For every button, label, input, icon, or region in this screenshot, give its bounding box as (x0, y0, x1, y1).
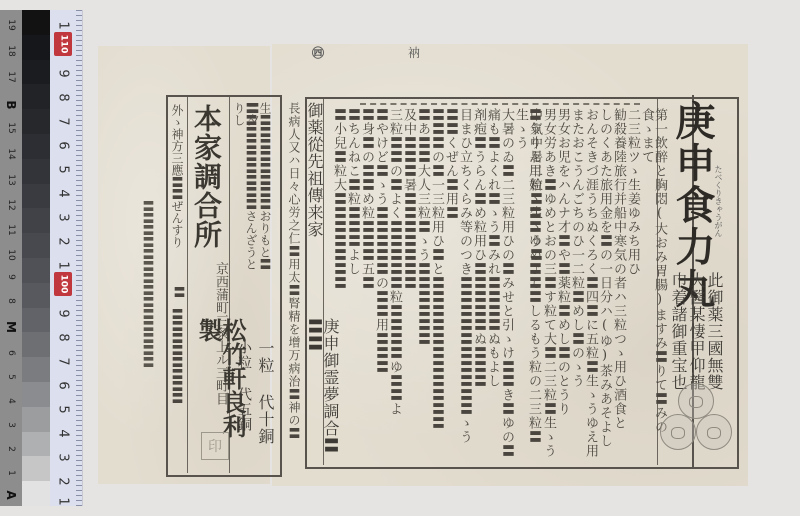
scale-label: 1 (6, 464, 16, 482)
scale-letter-m: M (4, 319, 18, 335)
scale-label: 11 (6, 221, 16, 239)
main-text-col: 〓ちんねこ〓粒〓〓〓よし (346, 108, 359, 460)
gray-patch (22, 35, 50, 60)
gray-patch (22, 432, 50, 457)
crest-icon (660, 414, 696, 450)
seal-stamp: 印 (201, 432, 229, 460)
gray-patch (22, 208, 50, 233)
ruler-number: 7 (56, 353, 71, 371)
ruler-number: 8 (56, 89, 71, 107)
gray-patch (22, 332, 50, 357)
scale-letter-b: B (4, 97, 18, 113)
scale-label: 15 (6, 119, 16, 137)
main-text-col: 〓やけど〓ゝう〓〓〓〓〓の〓〓用〓〓〓 (374, 108, 387, 460)
ruler-number: 6 (56, 377, 71, 395)
ruler-number: 9 (56, 65, 71, 83)
gray-patch (22, 283, 50, 308)
scale-label: 17 (6, 68, 16, 86)
price-large-pill: 一粒 代十銅 (257, 340, 273, 460)
left-block-col-1: 御薬從先祖傳来家 (306, 102, 322, 302)
scale-label: 2 (6, 440, 16, 458)
ruler-number: 5 (56, 401, 71, 419)
main-text-col: 大暑のゐ〓二三粒用ひの〓みせと引ゝけ〓〓き〓ゆの〓 (500, 108, 513, 460)
main-text-col: 〓うりん用始ゝ〓〓ゆめ〓〓〓しるもう粒の二三粒〓生ゝう (514, 108, 540, 460)
gray-patch (22, 407, 50, 432)
main-text-col: またおこうんごちのひ一二粒〓めし〓のゝう (570, 108, 583, 460)
shop-side-left-1: 外ゝ神方三應〓〓ぜんすり (171, 104, 183, 284)
ruler-number: 6 (56, 137, 71, 155)
ruler-number: 3 (56, 209, 71, 227)
ruler: 1 110 9 8 7 6 5 4 3 2 1 100 9 8 7 6 5 4 … (50, 10, 83, 506)
price-small-pill: 小粒 代五銅 (237, 340, 251, 460)
shop-address: 京西蒲町三条上ル三町目 (214, 262, 227, 412)
header-mark: ㊃ (312, 44, 324, 61)
scale-label: 14 (6, 145, 16, 163)
ruler-number: 9 (56, 305, 71, 323)
main-text-col: 〓〓くぜん〓用〓 (444, 108, 457, 460)
gray-patch (22, 134, 50, 159)
gray-patch (22, 456, 50, 481)
ruler-number: 7 (56, 113, 71, 131)
main-text-col: 〓身〓の〓〓め粒〓〓〓五〓 (360, 108, 373, 460)
ruler-number: 4 (56, 425, 71, 443)
shop-side-right-2: 〓〓〓〓〓〓〓〓〓さんざうとりし (233, 102, 257, 272)
main-text-col: 痛も〓よくれ〓ゝう〓みれ〓〓〓〓ぬもよし (486, 108, 499, 460)
scale-label: 8 (6, 292, 16, 310)
main-text-col: 二三粒ツゝ生姜ゆみち用ひ (626, 108, 639, 460)
main-text-col: 男女労あき〓ゆめとおの三〓す粒て大〓二三粒〓生ゝう (542, 108, 555, 460)
scale-label: 3 (6, 416, 16, 434)
main-text-col: 及中〓〓〓暑〓〓〓〓〓〓〓 (402, 108, 415, 460)
main-text-col: しのくあた旅用金を〓の一日分ハ(ゆ)茶みあそよし (598, 108, 611, 460)
crest-icon (696, 414, 732, 450)
ruler-number: 1 (56, 493, 71, 511)
scale-label: 12 (6, 196, 16, 214)
gray-patch (22, 258, 50, 283)
gray-patch (22, 84, 50, 109)
main-text-col: 勧殺養陸旅行并船中寒気の者ハ三粒つゝ用ひ酒食と (612, 108, 625, 460)
main-text-col: 〓〓〓の〓一三粒用ひ〓と〓〓〓〓〓〓〓〓〓〓〓 (430, 108, 443, 460)
ruler-number: 2 (56, 233, 71, 251)
gray-patch (22, 109, 50, 134)
main-text-col: 剤疱〓うらん〓め粒用ひ〓〓〓〓〓ぬ〓〓〓 (472, 108, 485, 460)
shop-side-left-2: 〓 (173, 286, 185, 306)
main-text-col: 三粒〓〓の〓よく〓〓〓〓〓粒〓〓〓〓ゆ〓〓よ (388, 108, 401, 460)
gray-patch (22, 10, 50, 35)
scale-label: 18 (6, 42, 16, 60)
scale-label: 13 (6, 171, 16, 189)
ruler-number: 4 (56, 185, 71, 203)
gray-patch (22, 184, 50, 209)
scale-label: 4 (6, 392, 16, 410)
main-text-col: 男女お児をハんナ才〓や〓薬粒〓めし〓のとうり (556, 108, 569, 460)
gray-patch (22, 481, 50, 506)
title-ruby: たべくりきゃうがん (714, 165, 722, 275)
ruler-number: 8 (56, 329, 71, 347)
left-block-col-2: 長病人又ハ日々心労之仁〓用太〓腎精を增万病治〓神の〓 (288, 102, 300, 462)
gray-patches (22, 10, 50, 506)
ruler-number: 2 (56, 473, 71, 491)
scale-label: 5 (6, 368, 16, 386)
gray-patch (22, 308, 50, 333)
margin-note: 〓〓〓〓〓〓〓〓〓〓〓〓〓〓 (142, 200, 154, 400)
ruler-badge-110: 110 (54, 32, 72, 56)
calibration-scale: 19 18 17 B 15 14 13 12 11 10 9 8 M 6 5 4… (0, 10, 84, 506)
scale-label: 9 (6, 268, 16, 286)
ruler-number: 3 (56, 449, 71, 467)
divider (187, 97, 188, 473)
header-mark: 衲 (408, 44, 420, 61)
shop-side-left-3: 〓〓〓〓〓〓〓〓 (171, 308, 183, 458)
gray-patch (22, 233, 50, 258)
scale-letter-a: A (4, 487, 18, 503)
main-text-col: 〓小兒〓粒大〓〓〓〓〓〓〓 (332, 108, 345, 460)
scale-label: 10 (6, 246, 16, 264)
scale-label: 6 (6, 344, 16, 362)
ruler-badge-100: 100 (54, 272, 72, 296)
main-text-col: 第一飲醉と胸悶(大おみ胃腸)ますみ〓りて〓みの食ゝまて (640, 108, 666, 460)
gray-patch (22, 382, 50, 407)
main-text-col: 目まひ立ちくらみ等のつき〓〓〓〓〓〓〓〓〓〓ゝう (458, 108, 471, 460)
scale-label: 19 (6, 16, 16, 34)
gray-patch (22, 159, 50, 184)
gray-scale-labels: 19 18 17 B 15 14 13 12 11 10 9 8 M 6 5 4… (0, 10, 22, 506)
main-text-col: おんそきづ涯うちぬくろく〓四〓に五粒〓生ゝうゆえ用 (584, 108, 597, 460)
ruler-number: 5 (56, 161, 71, 179)
gray-patch (22, 60, 50, 85)
header-dashes (360, 103, 640, 107)
gray-patch (22, 357, 50, 382)
main-text-col: 〓あ〓〓大人三粒〓ゝう〓〓〓〓〓〓 (416, 108, 429, 460)
